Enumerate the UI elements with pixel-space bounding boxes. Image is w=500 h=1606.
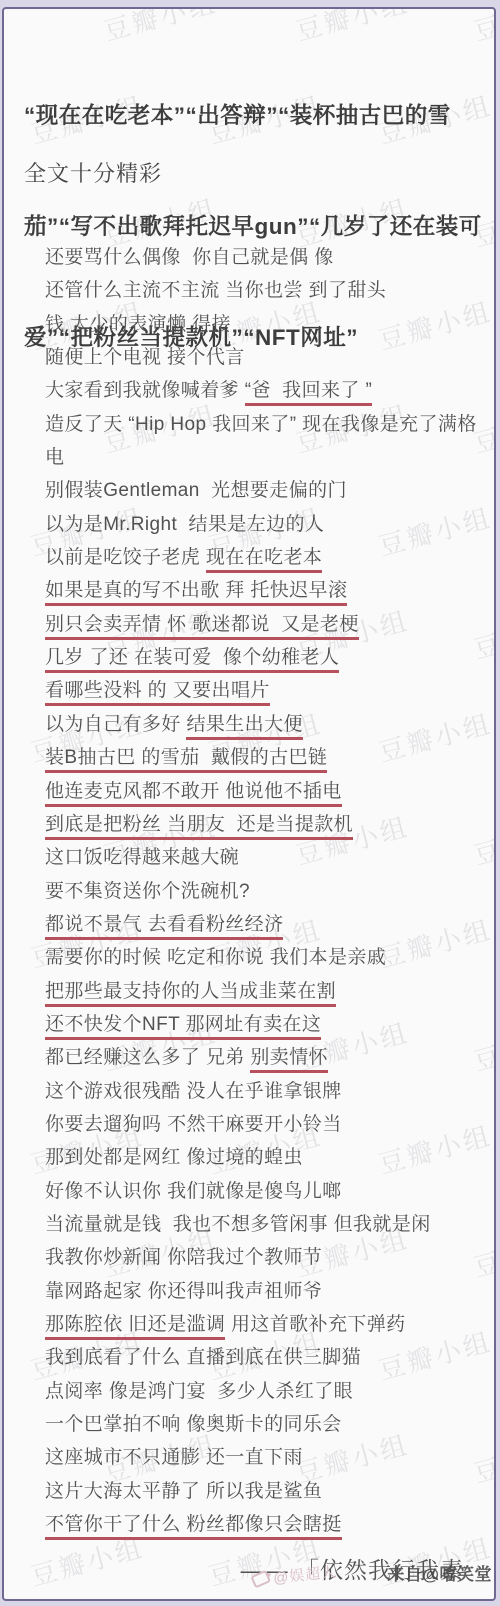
repost-source-watermark: 来自@嘻笑堂 <box>387 1560 492 1585</box>
highlighted-text: 别只会卖弄情 怀 歌迷都说 又是老梗 <box>45 614 359 640</box>
highlighted-text: “爸 我回来了 ” <box>245 380 373 406</box>
lyric-text: 还要骂什么偶像 你自己就是偶 像 <box>45 247 334 268</box>
lyric-line: 还管什么主流不主流 当你也尝 到了甜头 <box>45 274 494 307</box>
lyric-text: 都已经赚这么多了 兄弟 <box>45 1047 250 1068</box>
lyric-line: 要不集资送你个洗碗机? <box>45 875 494 908</box>
lyric-text: 我教你炒新闻 你陪我过个教师节 <box>45 1247 322 1268</box>
lyric-text: 造反了天 “Hip Hop 我回来了” 现在我像是充了满格 <box>45 414 477 435</box>
lyric-text: 以为自己有多好 <box>45 714 186 735</box>
lyric-line: 电 <box>45 441 494 474</box>
lyrics: 还要骂什么偶像 你自己就是偶 像还管什么主流不主流 当你也尝 到了甜头钱 太少的… <box>45 241 494 1541</box>
highlighted-text: 他连麦克风都不敢开 他说他不插电 <box>45 781 342 807</box>
lyric-text: 那到处都是网红 像过境的蝗虫 <box>45 1147 303 1168</box>
highlighted-text: 别卖情怀 <box>250 1047 328 1073</box>
lyric-line: 一个巴掌拍不响 像奥斯卡的同乐会 <box>45 1408 494 1441</box>
lyric-line: 以为自己有多好 结果生出大便 <box>45 708 494 741</box>
lyric-line: 如果是真的写不出歌 拜 托快迟早滚 <box>45 574 494 607</box>
lyric-text: 大家看到我就像喊着爹 <box>45 380 245 401</box>
lyric-line: 都已经赚这么多了 兄弟 别卖情怀 <box>45 1041 494 1074</box>
lyric-line: 这个游戏很残酷 没人在乎谁拿银牌 <box>45 1075 494 1108</box>
lyric-line: 你要去遛狗吗 不然干麻要开小铃当 <box>45 1108 494 1141</box>
lyric-line: 几岁 了还 在装可爱 像个幼稚老人 <box>45 641 494 674</box>
screenshot-root: { "page": { "header_lines": [ "“现在在吃老本”“… <box>0 0 500 1606</box>
lyric-text: 当流量就是钱 我也不想多管闲事 但我就是闲 <box>45 1214 431 1235</box>
lyric-line: 当流量就是钱 我也不想多管闲事 但我就是闲 <box>45 1208 494 1241</box>
highlighted-text: 还不快发个NFT 那网址有卖在这 <box>45 1014 321 1040</box>
lyric-text: 点阅率 像是鸿门宴 多少人杀红了眼 <box>45 1381 353 1402</box>
lyric-line: 钱 太少的表演懒 得接 <box>45 308 494 341</box>
lyric-line: 这口饭吃得越来越大碗 <box>45 841 494 874</box>
highlighted-text: 不管你干了什么 粉丝都像只会瞎挺 <box>45 1514 342 1540</box>
header-line: 茄”“写不出歌拜托迟早gun”“几岁了还在装可 <box>24 208 486 245</box>
highlighted-text: 几岁 了还 在装可爱 像个幼稚老人 <box>45 647 339 673</box>
lyric-text: 以为是Mr.Right 结果是左边的人 <box>45 514 324 535</box>
lyric-line: 好像不认识你 我们就像是傻鸟儿啷 <box>45 1175 494 1208</box>
lyric-line: 点阅率 像是鸿门宴 多少人杀红了眼 <box>45 1375 494 1408</box>
lyric-text: 一个巴掌拍不响 像奥斯卡的同乐会 <box>45 1414 342 1435</box>
lyric-text: 用这首歌补充下弹药 <box>225 1314 405 1335</box>
lyric-text: 钱 太少的表演懒 得接 <box>45 314 231 335</box>
lyric-line: 不管你干了什么 粉丝都像只会瞎挺 <box>45 1508 494 1541</box>
lyric-text: 你要去遛狗吗 不然干麻要开小铃当 <box>45 1114 342 1135</box>
highlighted-text: 结果生出大便 <box>186 714 302 740</box>
lyric-text: 好像不认识你 我们就像是傻鸟儿啷 <box>45 1181 342 1202</box>
lyric-line: 造反了天 “Hip Hop 我回来了” 现在我像是充了满格 <box>45 408 494 441</box>
lyric-line: 大家看到我就像喊着爹 “爸 我回来了 ” <box>45 374 494 407</box>
lyric-line: 这片大海太平静了 所以我是鲨鱼 <box>45 1475 494 1508</box>
lyric-line: 那陈腔依 旧还是滥调 用这首歌补充下弹药 <box>45 1308 494 1341</box>
lyric-text: 这片大海太平静了 所以我是鲨鱼 <box>45 1481 322 1502</box>
lyric-text: 别假装Gentleman 光想要走偏的门 <box>45 480 347 501</box>
lyric-text: 随便上个电视 接个代言 <box>45 347 245 368</box>
post-content: “现在在吃老本”“出答辩”“装杯抽古巴的雪 茄”“写不出歌拜托迟早gun”“几岁… <box>4 9 494 1599</box>
lyric-line: 别假装Gentleman 光想要走偏的门 <box>45 474 494 507</box>
lyric-line: 看哪些没料 的 又要出唱片 <box>45 674 494 707</box>
lyric-text: 电 <box>45 447 64 468</box>
lyric-text: 要不集资送你个洗碗机? <box>45 881 250 902</box>
lyric-line: 还不快发个NFT 那网址有卖在这 <box>45 1008 494 1041</box>
lyric-line: 那到处都是网红 像过境的蝗虫 <box>45 1141 494 1174</box>
lyric-text: 这口饭吃得越来越大碗 <box>45 847 239 868</box>
lyric-line: 别只会卖弄情 怀 歌迷都说 又是老梗 <box>45 608 494 641</box>
lyric-text: 这座城市不只通膨 还一直下雨 <box>45 1447 303 1468</box>
lyric-text: 以前是吃饺子老虎 <box>45 547 206 568</box>
lyric-line: 都说不景气 去看看粉丝经济 <box>45 908 494 941</box>
lyric-line: 随便上个电视 接个代言 <box>45 341 494 374</box>
lyric-text: 还管什么主流不主流 当你也尝 到了甜头 <box>45 280 386 301</box>
lyric-line: 以为是Mr.Right 结果是左边的人 <box>45 508 494 541</box>
lyric-line: 他连麦克风都不敢开 他说他不插电 <box>45 775 494 808</box>
lyric-text: 这个游戏很残酷 没人在乎谁拿银牌 <box>45 1081 342 1102</box>
lyric-text: 靠网路起家 你还得叫我声祖师爷 <box>45 1281 322 1302</box>
highlighted-text: 那陈腔依 旧还是滥调 <box>45 1314 225 1340</box>
lyric-text: 我到底看了什么 直播到底在供三脚猫 <box>45 1347 361 1368</box>
highlighted-text: 看哪些没料 的 又要出唱片 <box>45 680 270 706</box>
highlighted-text: 把那些最支持你的人当成韭菜在割 <box>45 981 336 1007</box>
lyric-line: 需要你的时候 吃定和你说 我们本是亲戚 <box>45 941 494 974</box>
lyric-line: 我教你炒新闻 你陪我过个教师节 <box>45 1241 494 1274</box>
highlighted-text: 装B抽古巴 的雪茄 戴假的古巴链 <box>45 747 327 773</box>
subtitle: 全文十分精彩 <box>24 157 162 188</box>
lyric-line: 这座城市不只通膨 还一直下雨 <box>45 1441 494 1474</box>
lyric-line: 靠网路起家 你还得叫我声祖师爷 <box>45 1275 494 1308</box>
lyric-line: 把那些最支持你的人当成韭菜在割 <box>45 975 494 1008</box>
header-line: “现在在吃老本”“出答辩”“装杯抽古巴的雪 <box>24 97 486 134</box>
highlighted-text: 如果是真的写不出歌 拜 托快迟早滚 <box>45 580 347 606</box>
lyric-text: 需要你的时候 吃定和你说 我们本是亲戚 <box>45 947 386 968</box>
highlighted-text: 到底是把粉丝 当朋友 还是当提款机 <box>45 814 353 840</box>
highlighted-text: 现在在吃老本 <box>206 547 322 573</box>
lyric-line: 以前是吃饺子老虎 现在在吃老本 <box>45 541 494 574</box>
lyric-line: 还要骂什么偶像 你自己就是偶 像 <box>45 241 494 274</box>
lyric-line: 我到底看了什么 直播到底在供三脚猫 <box>45 1341 494 1374</box>
highlighted-text: 都说不景气 去看看粉丝经济 <box>45 914 283 940</box>
lyric-line: 到底是把粉丝 当朋友 还是当提款机 <box>45 808 494 841</box>
lyric-line: 装B抽古巴 的雪茄 戴假的古巴链 <box>45 741 494 774</box>
post-card: 豆瓣小组豆瓣小组豆瓣小组豆瓣小组豆瓣小组豆瓣小组豆瓣小组豆瓣小组豆瓣小组豆瓣小组… <box>2 7 496 1601</box>
camera-icon <box>250 1570 271 1589</box>
